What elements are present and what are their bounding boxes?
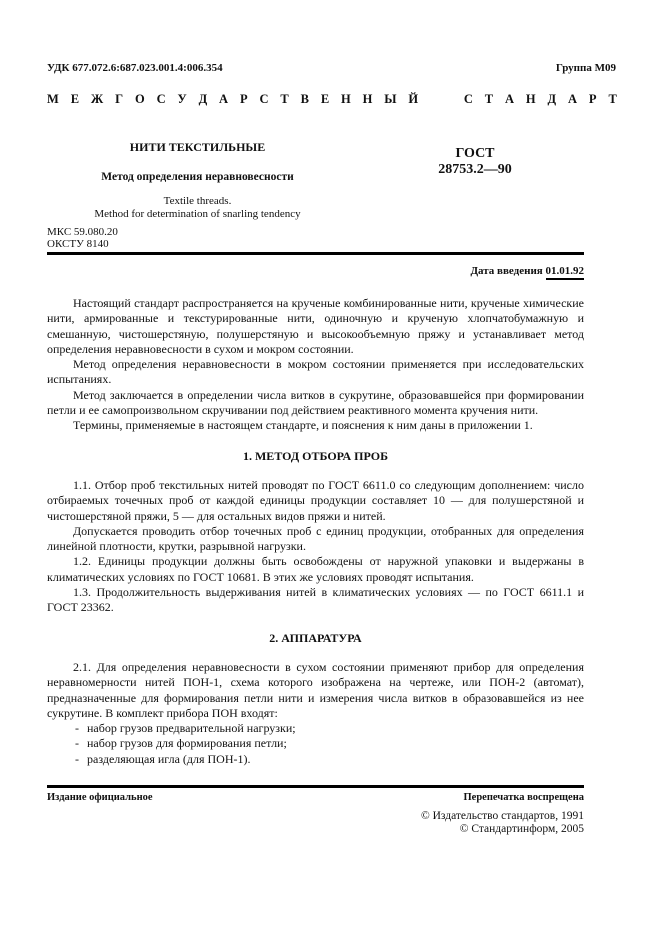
document-subtitle: Метод определения неравновесности <box>60 171 335 183</box>
date-value: 01.01.92 <box>546 265 585 280</box>
intro-paragraph: Метод заключается в определении числа ви… <box>47 388 584 419</box>
equipment-list: -набор грузов предварительной нагрузки; … <box>47 721 584 767</box>
gost-label: ГОСТ <box>420 146 530 162</box>
banner-letter: Д <box>199 92 208 107</box>
english-title-line2: Method for determination of snarling ten… <box>60 208 335 221</box>
section-2-paragraph: 2.1. Для определения неравновесности в с… <box>47 660 584 721</box>
gost-number: 28753.2—90 <box>420 162 530 178</box>
banner-letter: Р <box>240 92 248 107</box>
banner-letter: Ж <box>91 92 103 107</box>
banner-letter: А <box>219 92 228 107</box>
list-marker: - <box>75 736 87 751</box>
list-item: -набор грузов для формирования петли; <box>75 736 584 751</box>
section-1-heading: 1. МЕТОД ОТБОРА ПРОБ <box>47 449 584 464</box>
list-item: -набор грузов предварительной нагрузки; <box>75 721 584 736</box>
banner-letter: Т <box>608 92 616 107</box>
section-1-paragraph: 1.3. Продолжительность выдерживания ните… <box>47 585 584 616</box>
intro-paragraph: Термины, применяемые в настоящем стандар… <box>47 418 584 433</box>
list-marker: - <box>75 721 87 736</box>
list-item: -разделяющая игла (для ПОН-1). <box>75 752 584 767</box>
gost-number-block: ГОСТ 28753.2—90 <box>420 146 530 178</box>
group-code: Группа М09 <box>556 62 616 74</box>
reprint-prohibited-label: Перепечатка воспрещена <box>464 792 584 803</box>
document-body: Настоящий стандарт распространяется на к… <box>47 296 584 767</box>
footer-divider <box>47 785 584 788</box>
udk-code: УДК 677.072.6:687.023.001.4:006.354 <box>47 62 223 74</box>
english-title: Textile threads. Method for determinatio… <box>60 195 335 221</box>
official-edition-label: Издание официальное <box>47 792 153 803</box>
okstu-code: ОКСТУ 8140 <box>47 238 118 250</box>
copyright-line: © Издательство стандартов, 1991 <box>421 810 584 823</box>
title-block: НИТИ ТЕКСТИЛЬНЫЕ Метод определения нерав… <box>60 140 335 221</box>
intro-paragraph: Настоящий стандарт распространяется на к… <box>47 296 584 357</box>
banner-letter: С <box>157 92 166 107</box>
banner-letter: В <box>301 92 309 107</box>
banner-letter: У <box>178 92 187 107</box>
mks-code: МКС 59.080.20 <box>47 226 118 238</box>
banner-letter: Н <box>363 92 373 107</box>
english-title-line1: Textile threads. <box>60 195 335 208</box>
introduction-date: Дата введения 01.01.92 <box>470 265 584 277</box>
banner-letter: Р <box>589 92 597 107</box>
banner-letter: О <box>135 92 145 107</box>
section-2-heading: 2. АППАРАТУРА <box>47 631 584 646</box>
banner-letter: Г <box>115 92 123 107</box>
banner-letter: Ы <box>384 92 396 107</box>
banner-word-gap <box>430 92 452 107</box>
banner-letter: А <box>568 92 577 107</box>
interstate-standard-banner: МЕЖГОСУДАРСТВЕННЫЙСТАНДАРТ <box>47 92 617 107</box>
document-title: НИТИ ТЕКСТИЛЬНЫЕ <box>60 140 335 155</box>
banner-letter: Д <box>548 92 557 107</box>
banner-letter: Е <box>321 92 329 107</box>
section-1-paragraph: 1.2. Единицы продукции должны быть освоб… <box>47 554 584 585</box>
copyright-line: © Стандартинформ, 2005 <box>421 823 584 836</box>
banner-letter: Й <box>408 92 418 107</box>
copyright-block: © Издательство стандартов, 1991 © Станда… <box>421 810 584 836</box>
classification-codes: МКС 59.080.20 ОКСТУ 8140 <box>47 226 118 250</box>
intro-paragraph: Метод определения неравновесности в мокр… <box>47 357 584 388</box>
banner-letter: А <box>505 92 514 107</box>
section-1-paragraph: Допускается проводить отбор точечных про… <box>47 524 584 555</box>
section-1-paragraph: 1.1. Отбор проб текстильных нитей провод… <box>47 478 584 524</box>
list-marker: - <box>75 752 87 767</box>
banner-letter: Н <box>341 92 351 107</box>
banner-letter: М <box>47 92 59 107</box>
banner-letter: Н <box>526 92 536 107</box>
banner-letter: С <box>259 92 268 107</box>
header-divider <box>47 252 584 255</box>
banner-letter: Т <box>280 92 288 107</box>
date-label: Дата введения <box>470 265 545 277</box>
banner-letter: С <box>464 92 473 107</box>
banner-letter: Е <box>71 92 79 107</box>
banner-letter: Т <box>485 92 493 107</box>
